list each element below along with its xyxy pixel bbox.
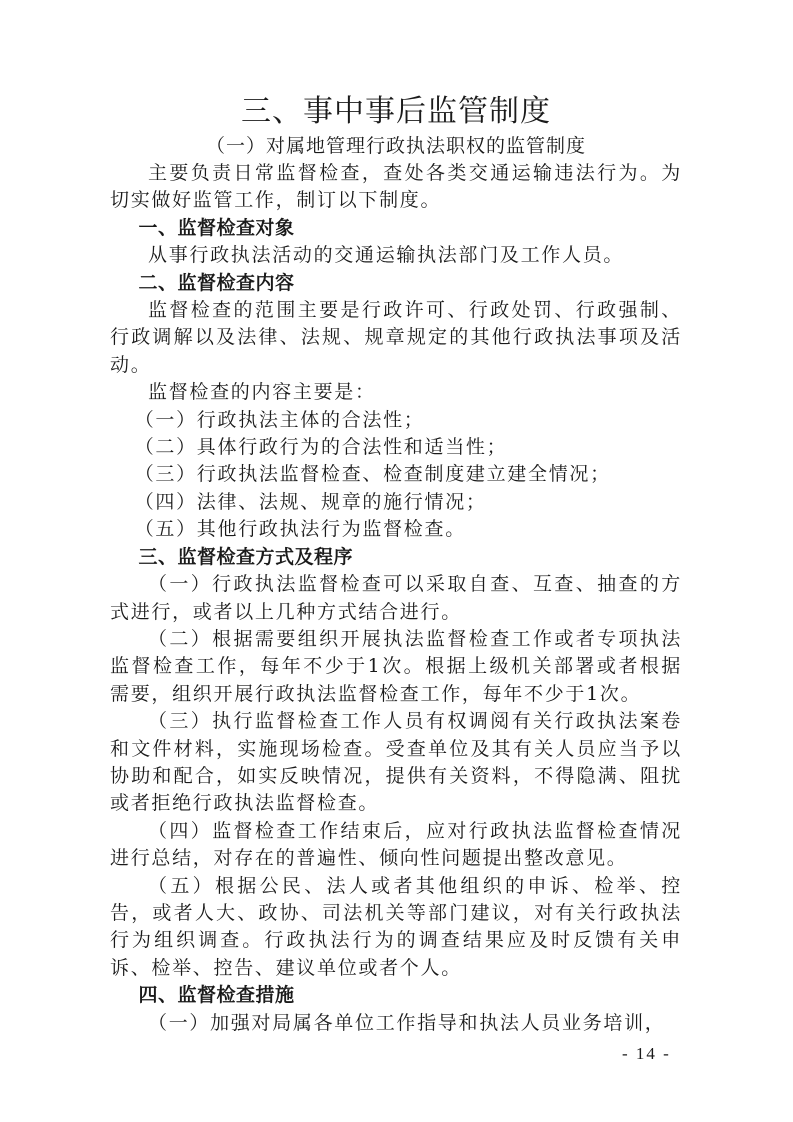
section-1: 一、监督检查对象 从事行政执法活动的交通运输执法部门及工作人员。 xyxy=(110,215,682,270)
list-item: （四）法律、法规、规章的施行情况； xyxy=(110,489,682,516)
paragraph: （一）行政执法监督检查可以采取自查、互查、抽查的方式进行，或者以上几种方式结合进… xyxy=(110,571,682,626)
paragraph: 从事行政执法活动的交通运输执法部门及工作人员。 xyxy=(110,242,682,269)
paragraph: （一）加强对局属各单位工作指导和执法人员业务培训， xyxy=(110,1010,682,1037)
list-item: （一）行政执法主体的合法性； xyxy=(110,407,682,434)
document-subtitle: （一）对属地管理行政执法职权的监管制度 xyxy=(110,132,682,160)
section-heading: 三、监督检查方式及程序 xyxy=(110,544,682,571)
section-heading: 一、监督检查对象 xyxy=(110,215,682,242)
paragraph: （四）监督检查工作结束后，应对行政执法监督检查情况进行总结，对存在的普遍性、倾向… xyxy=(110,818,682,873)
paragraph: （三）执行监督检查工作人员有权调阅有关行政执法案卷和文件材料，实施现场检查。受查… xyxy=(110,708,682,818)
paragraph: 监督检查的范围主要是行政许可、行政处罚、行政强制、行政调解以及法律、法规、规章规… xyxy=(110,297,682,379)
list-item: （三）行政执法监督检查、检查制度建立建全情况； xyxy=(110,461,682,488)
document-title: 三、事中事后监管制度 xyxy=(110,92,682,132)
paragraph: （二）根据需要组织开展执法监督检查工作或者专项执法监督检查工作，每年不少于1次。… xyxy=(110,626,682,708)
paragraph: 监督检查的内容主要是： xyxy=(110,379,682,406)
intro-paragraph: 主要负责日常监督检查，查处各类交通运输违法行为。为切实做好监管工作，制订以下制度… xyxy=(110,160,682,215)
document-page: 三、事中事后监管制度 （一）对属地管理行政执法职权的监管制度 主要负责日常监督检… xyxy=(110,92,682,1037)
section-heading: 四、监督检查措施 xyxy=(110,982,682,1009)
section-3: 三、监督检查方式及程序 （一）行政执法监督检查可以采取自查、互查、抽查的方式进行… xyxy=(110,544,682,983)
section-heading: 二、监督检查内容 xyxy=(110,270,682,297)
section-2: 二、监督检查内容 监督检查的范围主要是行政许可、行政处罚、行政强制、行政调解以及… xyxy=(110,270,682,544)
section-4: 四、监督检查措施 （一）加强对局属各单位工作指导和执法人员业务培训， xyxy=(110,982,682,1037)
list-item: （二）具体行政行为的合法性和适当性； xyxy=(110,434,682,461)
list-item: （五）其他行政执法行为监督检查。 xyxy=(110,516,682,543)
paragraph: （五）根据公民、法人或者其他组织的申诉、检举、控告，或者人大、政协、司法机关等部… xyxy=(110,873,682,983)
page-number: - 14 - xyxy=(622,1044,671,1064)
